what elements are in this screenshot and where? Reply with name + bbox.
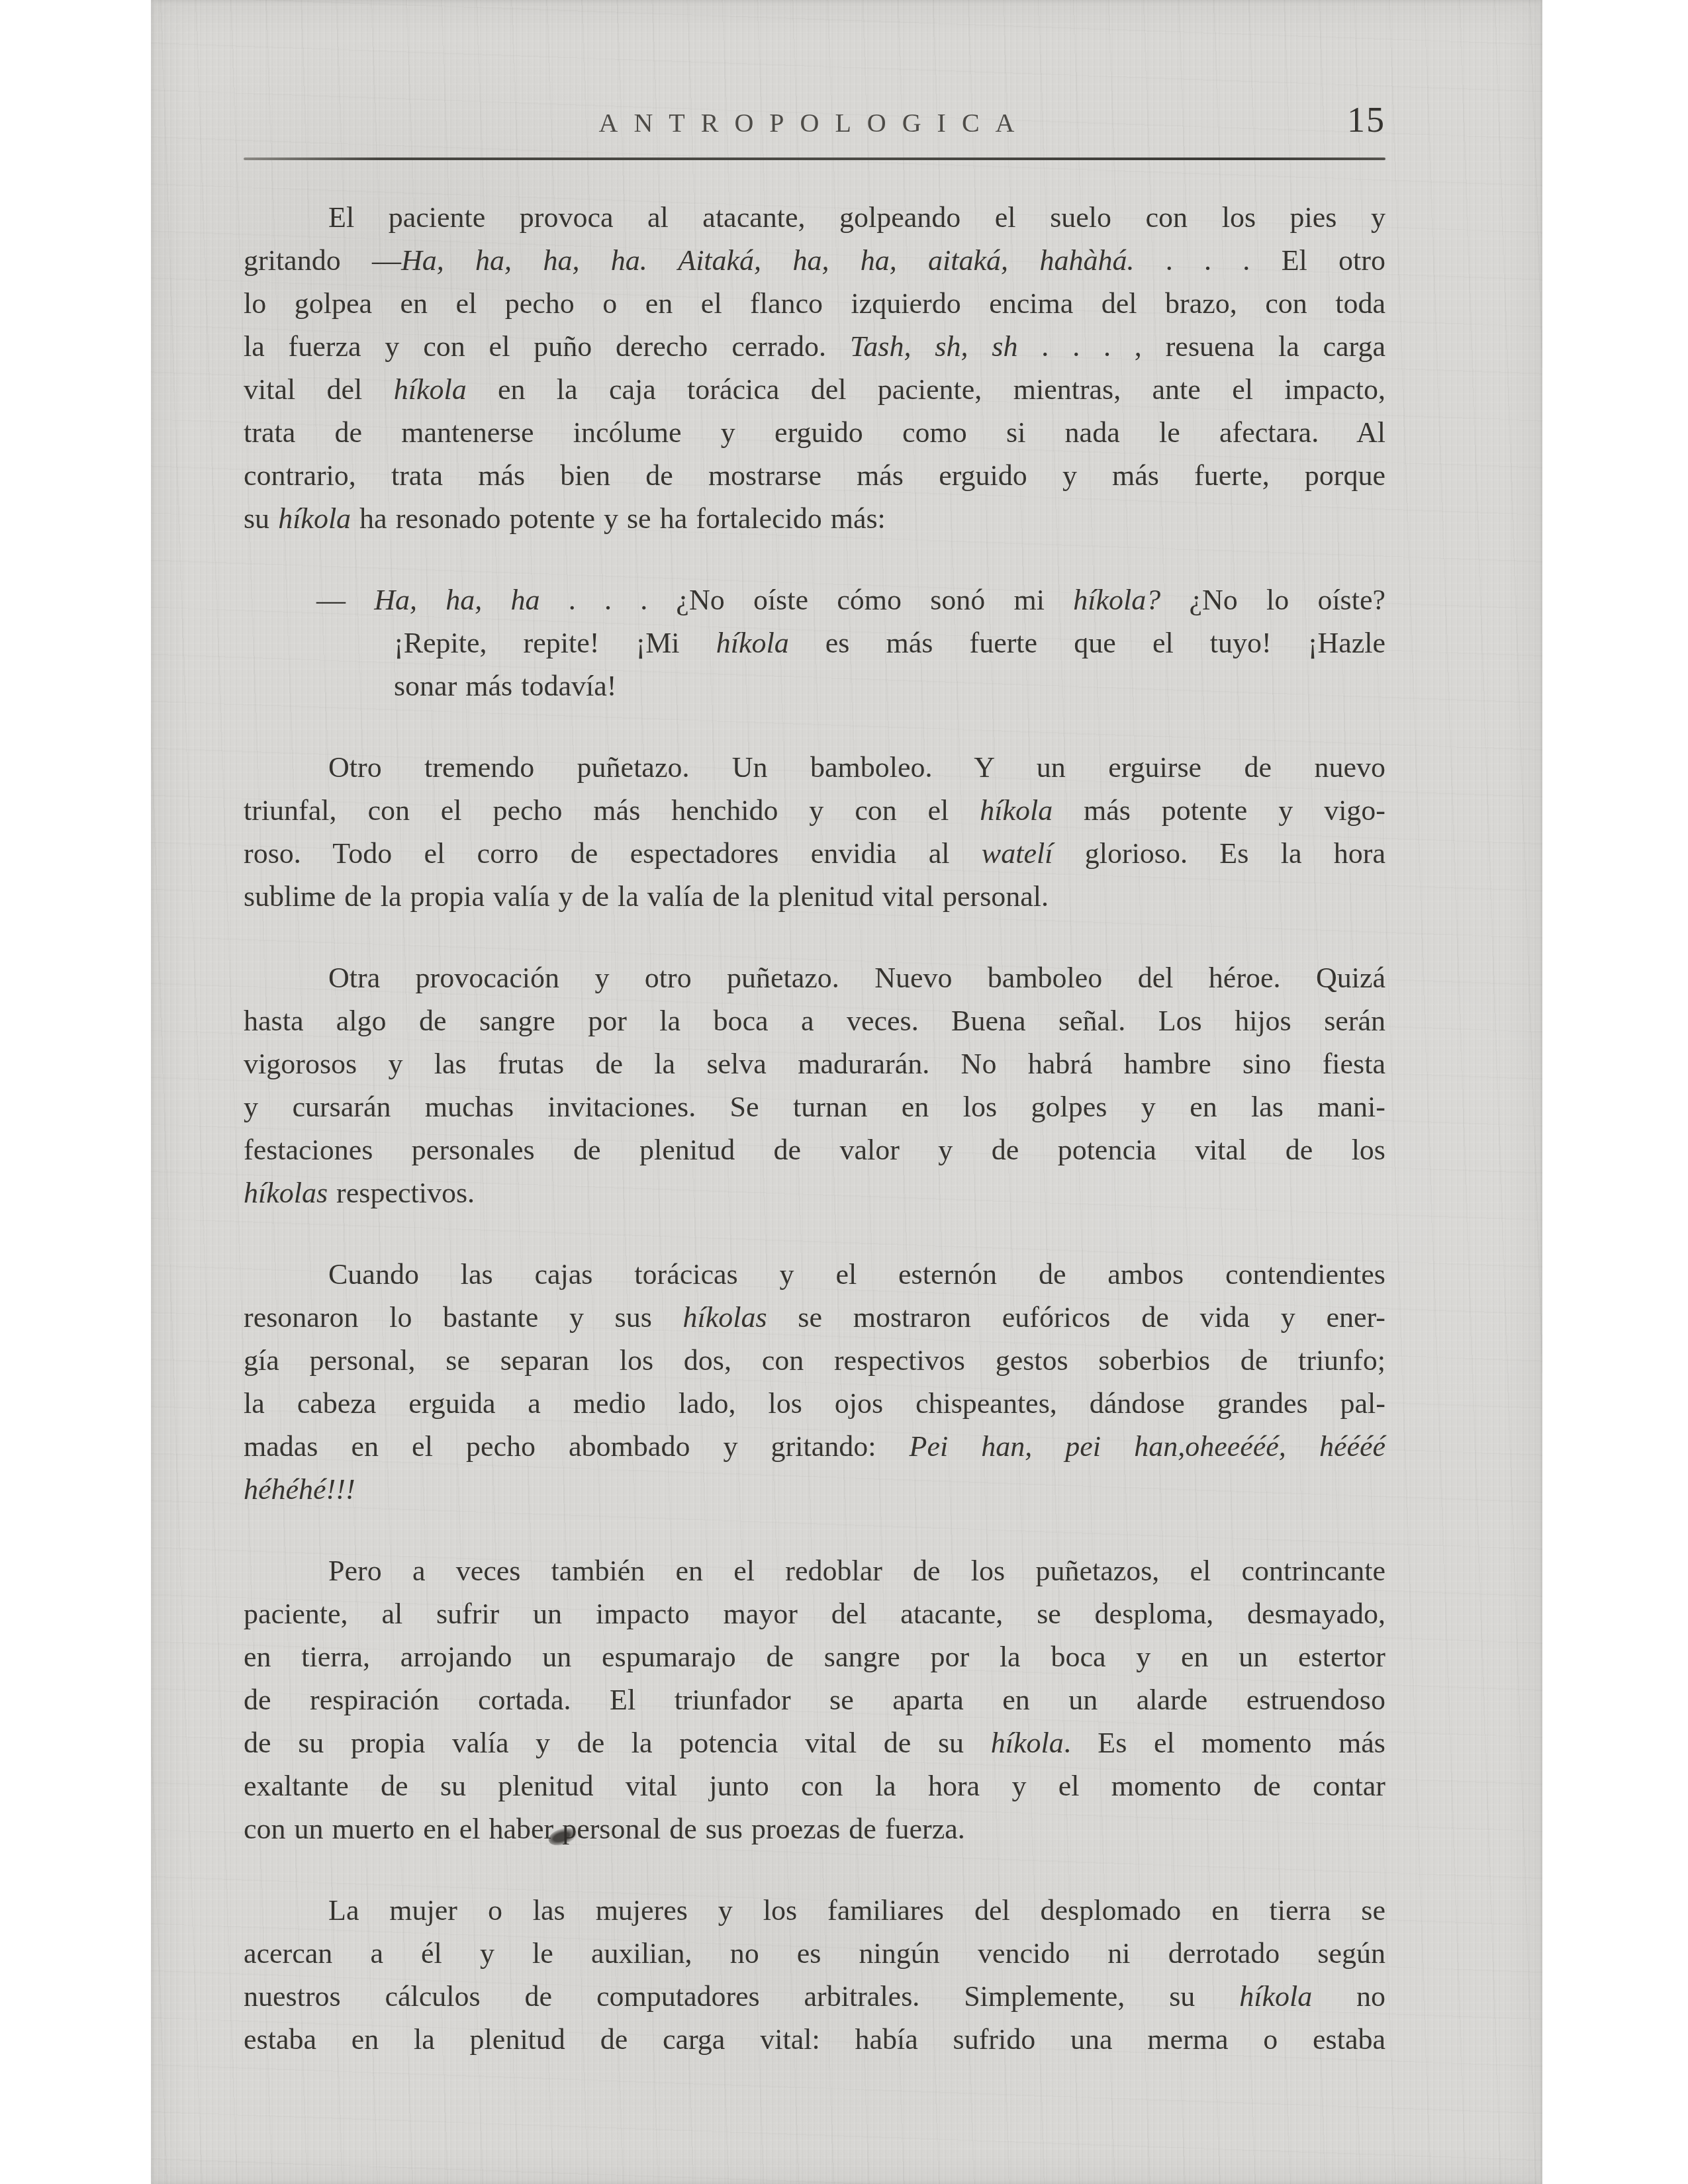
paragraph: La mujer o las mujeres y los familiares … <box>244 1889 1385 2061</box>
text-run: — <box>316 584 374 616</box>
text-run: roso. Todo el corro de espectadores envi… <box>244 837 982 870</box>
paragraph: Otra provocación y otro puñetazo. Nuevo … <box>244 956 1385 1214</box>
text-line: su híkola ha resonado potente y se ha fo… <box>244 497 1385 540</box>
text-line: en tierra, arrojando un espumarajo de sa… <box>244 1635 1385 1678</box>
text-run: hasta algo de sangre por la boca a veces… <box>244 1005 1385 1037</box>
text-run: resonaron lo bastante y sus <box>244 1301 683 1334</box>
text-run: triunfal, con el pecho más henchido y co… <box>244 794 980 827</box>
text-line: híkolas respectivos. <box>244 1171 1385 1214</box>
journal-title: ANTROPOLOGICA <box>244 107 1385 138</box>
text-line: la fuerza y con el puño derecho cerrado.… <box>244 325 1385 368</box>
text-run: de su propia valía y de la potencia vita… <box>244 1727 991 1759</box>
text-run: La mujer o las mujeres y los familiares … <box>328 1894 1385 1927</box>
text-line: la cabeza erguida a medio lado, los ojos… <box>244 1382 1385 1425</box>
text-run: festaciones personales de plenitud de va… <box>244 1134 1385 1166</box>
italic-text-run: híkolas <box>244 1177 328 1209</box>
paragraph: Otro tremendo puñetazo. Un bamboleo. Y u… <box>244 746 1385 918</box>
italic-text-run: híkola <box>716 627 789 659</box>
text-run: madas en el pecho abombado y gritando: <box>244 1430 910 1463</box>
text-line: Otra provocación y otro puñetazo. Nuevo … <box>244 956 1385 999</box>
text-run: paciente, al sufrir un impacto mayor del… <box>244 1598 1385 1630</box>
text-line: Cuando las cajas torácicas y el esternón… <box>244 1253 1385 1296</box>
text-line: ¡Repite, repite! ¡Mi híkola es más fuert… <box>316 621 1385 664</box>
italic-text-run: híkola <box>991 1727 1064 1759</box>
text-line: de su propia valía y de la potencia vita… <box>244 1721 1385 1764</box>
text-line: roso. Todo el corro de espectadores envi… <box>244 832 1385 875</box>
text-run: ¡Repite, repite! ¡Mi <box>394 627 716 659</box>
text-run: . . . , resuena la carga <box>1017 330 1385 363</box>
italic-text-run: Ha, ha, ha, ha. Aitaká, ha, ha, aitaká, … <box>401 244 1134 277</box>
italic-text-run: Pei han, pei han,oheeééé, héééé <box>910 1430 1386 1463</box>
text-run: trata de mantenerse incólume y erguido c… <box>244 416 1385 449</box>
text-run: . . . ¿No oíste cómo sonó mi <box>539 584 1073 616</box>
text-line: acercan a él y le auxilian, no es ningún… <box>244 1932 1385 1975</box>
page-content: ANTROPOLOGICA 15 El paciente provoca al … <box>244 0 1385 2184</box>
italic-text-run: héhéhé!!! <box>244 1473 355 1506</box>
italic-text-run: híkola <box>278 502 351 535</box>
italic-text-run: híkola? <box>1073 584 1160 616</box>
text-line: festaciones personales de plenitud de va… <box>244 1128 1385 1171</box>
text-run: Otro tremendo puñetazo. Un bamboleo. Y u… <box>328 751 1385 784</box>
text-run: gía personal, se separan los dos, con re… <box>244 1344 1385 1377</box>
text-run: su <box>244 502 278 535</box>
text-line: y cursarán muchas invitaciones. Se turna… <box>244 1085 1385 1128</box>
text-line: — Ha, ha, ha . . . ¿No oíste cómo sonó m… <box>316 578 1385 621</box>
text-run: sublime de la propia valía y de la valía… <box>244 880 1049 913</box>
text-line: trata de mantenerse incólume y erguido c… <box>244 411 1385 454</box>
text-line: sonar más todavía! <box>316 664 1385 707</box>
text-run: no <box>1312 1980 1385 2013</box>
header-rule <box>244 158 1385 160</box>
text-run: se mostraron eufóricos de vida y ener- <box>767 1301 1385 1334</box>
text-line: contrario, trata más bien de mostrarse m… <box>244 454 1385 497</box>
text-run: vital del <box>244 373 394 406</box>
text-run: vigorosos y las frutas de la selva madur… <box>244 1048 1385 1080</box>
text-run: Pero a veces también en el redoblar de l… <box>328 1555 1385 1587</box>
text-run: lo golpea en el pecho o en el flanco izq… <box>244 287 1385 320</box>
text-line: El paciente provoca al atacante, golpean… <box>244 196 1385 239</box>
text-line: vital del híkola en la caja torácica del… <box>244 368 1385 411</box>
paragraph: Pero a veces también en el redoblar de l… <box>244 1549 1385 1850</box>
text-run: exaltante de su plenitud vital junto con… <box>244 1770 1385 1802</box>
paragraph: Cuando las cajas torácicas y el esternón… <box>244 1253 1385 1511</box>
italic-text-run: híkola <box>1239 1980 1312 2013</box>
text-run: ha resonado potente y se ha fortalecido … <box>351 502 886 535</box>
text-run: Otra provocación y otro puñetazo. Nuevo … <box>328 962 1385 994</box>
page-number: 15 <box>1347 99 1385 140</box>
text-run: de respiración cortada. El triunfador se… <box>244 1684 1385 1716</box>
italic-text-run: híkolas <box>683 1301 767 1334</box>
text-run: más potente y vigo- <box>1053 794 1385 827</box>
text-line: lo golpea en el pecho o en el flanco izq… <box>244 282 1385 325</box>
text-run: sonar más todavía! <box>394 670 616 702</box>
text-run: con un muerto en el haber personal de su… <box>244 1813 965 1845</box>
text-line: madas en el pecho abombado y gritando: P… <box>244 1425 1385 1468</box>
text-line: Pero a veces también en el redoblar de l… <box>244 1549 1385 1592</box>
text-run: glorioso. Es la hora <box>1053 837 1385 870</box>
text-line: héhéhé!!! <box>244 1468 1385 1511</box>
italic-text-run: Tash, sh, sh <box>850 330 1018 363</box>
text-run: y cursarán muchas invitaciones. Se turna… <box>244 1091 1385 1123</box>
italic-text-run: Ha, ha, ha <box>374 584 539 616</box>
text-line: La mujer o las mujeres y los familiares … <box>244 1889 1385 1932</box>
scanned-document: ANTROPOLOGICA 15 El paciente provoca al … <box>0 0 1688 2184</box>
text-line: de respiración cortada. El triunfador se… <box>244 1678 1385 1721</box>
text-run: la cabeza erguida a medio lado, los ojos… <box>244 1387 1385 1420</box>
italic-text-run: híkola <box>980 794 1053 827</box>
text-run: acercan a él y le auxilian, no es ningún… <box>244 1937 1385 1970</box>
text-line: gritando —Ha, ha, ha, ha. Aitaká, ha, ha… <box>244 239 1385 282</box>
text-line: con un muerto en el haber personal de su… <box>244 1807 1385 1850</box>
text-run: es más fuerte que el tuyo! ¡Hazle <box>789 627 1385 659</box>
text-run: respectivos. <box>328 1177 475 1209</box>
text-run: Cuando las cajas torácicas y el esternón… <box>328 1258 1385 1291</box>
text-run: en la caja torácica del paciente, mientr… <box>467 373 1385 406</box>
italic-text-run: híkola <box>394 373 467 406</box>
text-run: nuestros cálculos de computadores arbitr… <box>244 1980 1239 2013</box>
text-run: la fuerza y con el puño derecho cerrado. <box>244 330 850 363</box>
text-block: El paciente provoca al atacante, golpean… <box>244 196 1385 2061</box>
text-line: sublime de la propia valía y de la valía… <box>244 875 1385 918</box>
text-run: contrario, trata más bien de mostrarse m… <box>244 459 1385 492</box>
text-line: nuestros cálculos de computadores arbitr… <box>244 1975 1385 2018</box>
text-line: Otro tremendo puñetazo. Un bamboleo. Y u… <box>244 746 1385 789</box>
text-line: estaba en la plenitud de carga vital: ha… <box>244 2018 1385 2061</box>
paragraph: El paciente provoca al atacante, golpean… <box>244 196 1385 540</box>
text-run: gritando — <box>244 244 401 277</box>
text-run: . . . El otro <box>1134 244 1385 277</box>
text-line: gía personal, se separan los dos, con re… <box>244 1339 1385 1382</box>
text-line: exaltante de su plenitud vital junto con… <box>244 1764 1385 1807</box>
text-run: estaba en la plenitud de carga vital: ha… <box>244 2023 1385 2056</box>
text-run: ¿No lo oíste? <box>1160 584 1385 616</box>
text-run: El paciente provoca al atacante, golpean… <box>328 201 1385 234</box>
italic-text-run: watelí <box>982 837 1053 870</box>
text-line: paciente, al sufrir un impacto mayor del… <box>244 1592 1385 1635</box>
text-line: resonaron lo bastante y sus híkolas se m… <box>244 1296 1385 1339</box>
text-run: en tierra, arrojando un espumarajo de sa… <box>244 1641 1385 1673</box>
page-paper: ANTROPOLOGICA 15 El paciente provoca al … <box>151 0 1542 2184</box>
text-line: vigorosos y las frutas de la selva madur… <box>244 1042 1385 1085</box>
text-line: hasta algo de sangre por la boca a veces… <box>244 999 1385 1042</box>
text-run: . Es el momento más <box>1064 1727 1385 1759</box>
quote-paragraph: — Ha, ha, ha . . . ¿No oíste cómo sonó m… <box>316 578 1385 707</box>
text-line: triunfal, con el pecho más henchido y co… <box>244 789 1385 832</box>
